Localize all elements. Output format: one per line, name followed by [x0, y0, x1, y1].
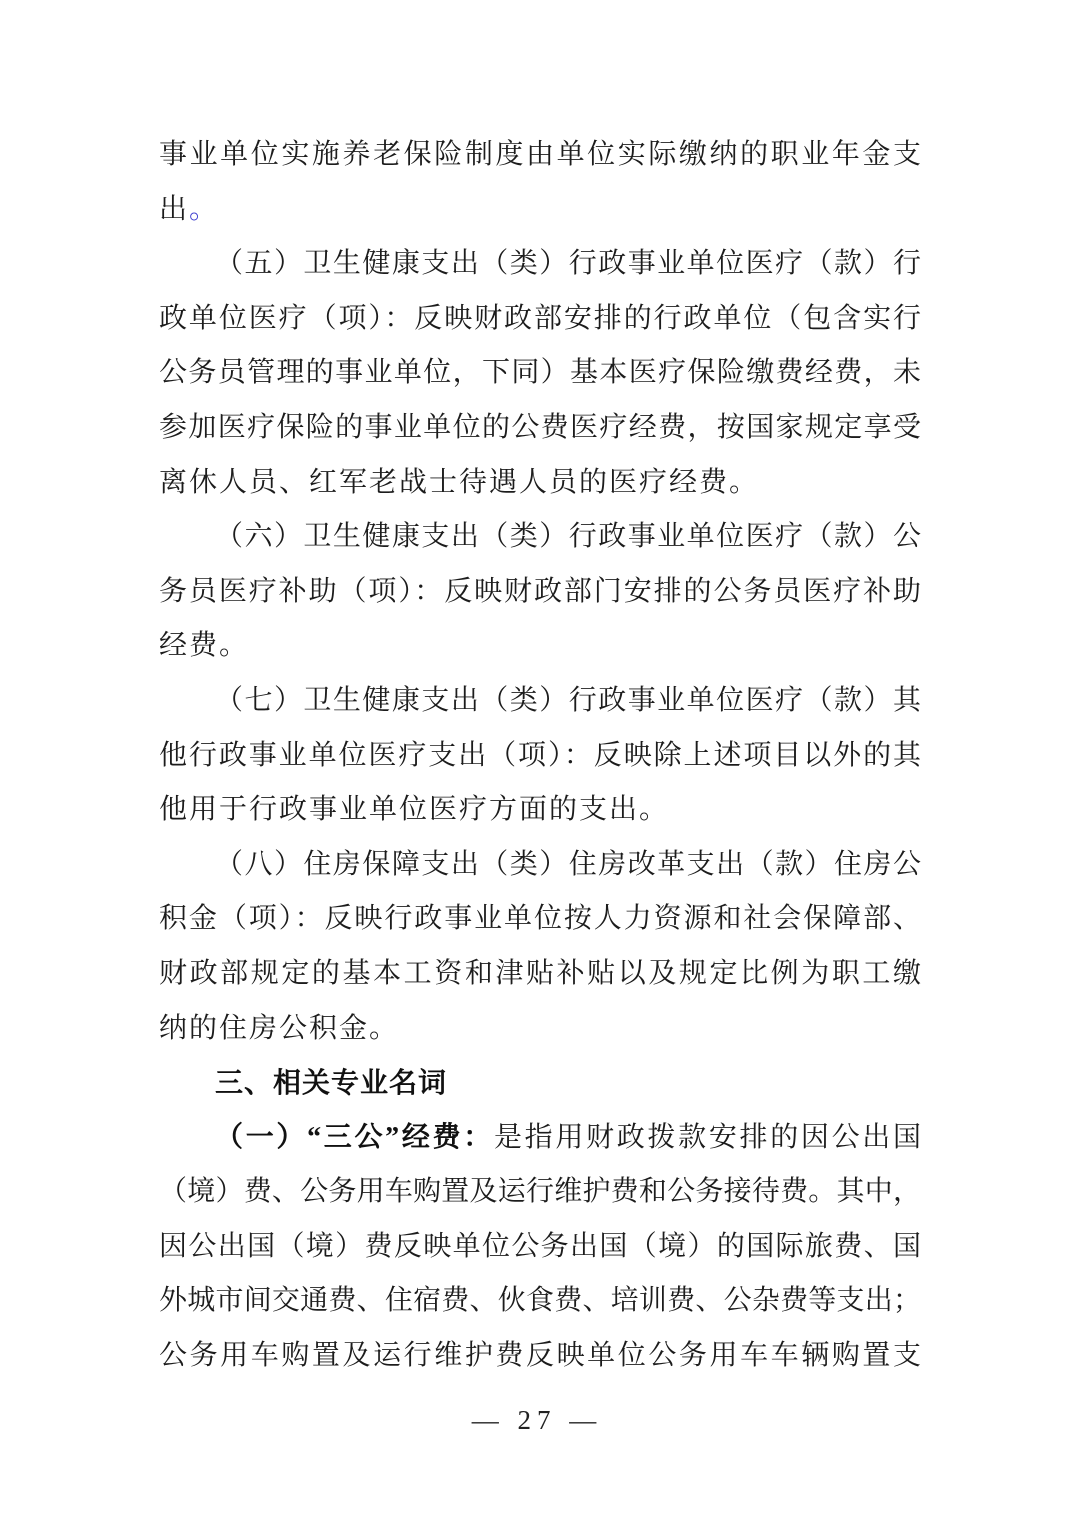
body-line: （境）费、公务用车购置及运行维护费和公务接待费。其中， — [159, 1165, 921, 1220]
paragraph-last-line: 出。 — [159, 183, 921, 238]
body-line: 参加医疗保险的事业单位的公费医疗经费，按国家规定享受 — [159, 401, 921, 456]
body-line-text: 出 — [159, 194, 189, 225]
body-line: 因公出国（境）费反映单位公务出国（境）的国际旅费、国 — [159, 1220, 921, 1275]
paragraph-last-line: 纳的住房公积金。 — [159, 1002, 921, 1057]
body-line: 公务用车购置及运行维护费反映单位公务用车车辆购置支 — [159, 1329, 921, 1384]
body-line: 事业单位实施养老保险制度由单位实际缴纳的职业年金支 — [159, 128, 921, 183]
paragraph-first-line: （六）卫生健康支出（类）行政事业单位医疗（款）公 — [159, 510, 921, 565]
body-line: 务员医疗补助（项）：反映财政部门安排的公务员医疗补助 — [159, 565, 921, 620]
paragraph-first-line: （八）住房保障支出（类）住房改革支出（款）住房公 — [159, 838, 921, 893]
paragraph-first-line: （七）卫生健康支出（类）行政事业单位医疗（款）其 — [159, 674, 921, 729]
term-bold-lead: （一）“三公”经费： — [215, 1122, 494, 1153]
paragraph-last-line: 经费。 — [159, 619, 921, 674]
body-line: 公务员管理的事业单位，下同）基本医疗保险缴费经费，未 — [159, 346, 921, 401]
paragraph-first-line: （一）“三公”经费：是指用财政拨款安排的因公出国 — [159, 1111, 921, 1166]
body-line: 财政部规定的基本工资和津贴补贴以及规定比例为职工缴 — [159, 947, 921, 1002]
section-heading: 三、相关专业名词 — [159, 1056, 921, 1111]
body-line-text: 是指用财政拨款安排的因公出国 — [494, 1122, 921, 1153]
body-line: 积金（项）：反映行政事业单位按人力资源和社会保障部、 — [159, 892, 921, 947]
page-number: — 27 — — [0, 1405, 1074, 1436]
document-page: 事业单位实施养老保险制度由单位实际缴纳的职业年金支 出。 （五）卫生健康支出（类… — [0, 0, 1074, 1520]
document-body: 事业单位实施养老保险制度由单位实际缴纳的职业年金支 出。 （五）卫生健康支出（类… — [159, 128, 921, 1384]
paragraph-first-line: （五）卫生健康支出（类）行政事业单位医疗（款）行 — [159, 237, 921, 292]
paragraph-last-line: 他用于行政事业单位医疗方面的支出。 — [159, 783, 921, 838]
blue-period: 。 — [189, 194, 219, 225]
body-line: 他行政事业单位医疗支出（项）：反映除上述项目以外的其 — [159, 729, 921, 784]
body-line: 政单位医疗（项）：反映财政部安排的行政单位（包含实行 — [159, 292, 921, 347]
paragraph-last-line: 离休人员、红军老战士待遇人员的医疗经费。 — [159, 456, 921, 511]
body-line: 外城市间交通费、住宿费、伙食费、培训费、公杂费等支出； — [159, 1274, 921, 1329]
